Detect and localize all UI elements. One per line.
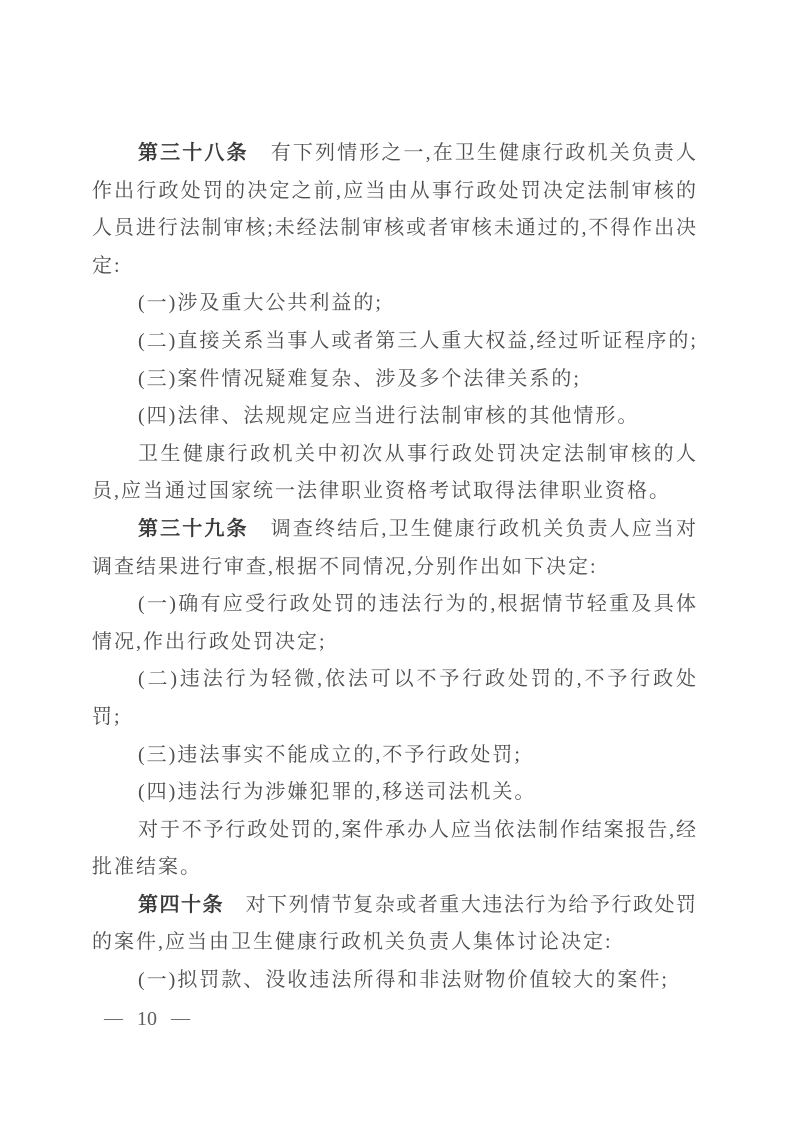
- footer-dash-left: —: [104, 1006, 123, 1032]
- article-39-item-4-line: (四)违法行为涉嫌犯罪的,移送司法机关。: [92, 774, 696, 812]
- article-38-item-1-line: (一)涉及重大公共利益的;: [92, 285, 696, 323]
- article-38-closing-line: 员,应当通过国家统一法律职业资格考试取得法律职业资格。: [92, 473, 696, 511]
- article-39-line: 调查结果进行审查,根据不同情况,分别作出如下决定:: [92, 549, 696, 587]
- article-38-line: 人员进行法制审核;未经法制审核或者审核未通过的,不得作出决: [92, 210, 696, 248]
- article-40-item-1-line: (一)拟罚款、没收违法所得和非法财物价值较大的案件;: [92, 962, 696, 1000]
- text-segment: 定:: [92, 255, 122, 277]
- article-39-line: 第三十九条 调查终结后,卫生健康行政机关负责人应当对: [92, 511, 696, 549]
- text-segment: 员,应当通过国家统一法律职业资格考试取得法律职业资格。: [92, 480, 671, 502]
- article-40-line: 的案件,应当由卫生健康行政机关负责人集体讨论决定:: [92, 924, 696, 962]
- article-40-line: 第四十条 对下列情节复杂或者重大违法行为给予行政处罚: [92, 887, 696, 925]
- article-39-item-1-line: 情况,作出行政处罚决定;: [92, 624, 696, 662]
- article-39-item-2-line: 罚;: [92, 699, 696, 737]
- text-segment: 有下列情形之一,在卫生健康行政机关负责人: [249, 142, 696, 164]
- text-segment: 对下列情节复杂或者重大违法行为给予行政处罚: [224, 894, 696, 916]
- article-39-closing-line: 对于不予行政处罚的,案件承办人应当依法制作结案报告,经: [92, 812, 696, 850]
- footer-dash-right: —: [171, 1006, 190, 1032]
- text-segment: 作出行政处罚的决定之前,应当由从事行政处罚决定法制审核的: [92, 180, 696, 202]
- article-38-line: 作出行政处罚的决定之前,应当由从事行政处罚决定法制审核的: [92, 173, 696, 211]
- text-segment: 罚;: [92, 706, 122, 728]
- document-page: 第三十八条 有下列情形之一,在卫生健康行政机关负责人作出行政处罚的决定之前,应当…: [0, 0, 793, 1121]
- article-38-line: 第三十八条 有下列情形之一,在卫生健康行政机关负责人: [92, 135, 696, 173]
- article-39-item-1-line: (一)确有应受行政处罚的违法行为的,根据情节轻重及具体: [92, 586, 696, 624]
- document-body: 第三十八条 有下列情形之一,在卫生健康行政机关负责人作出行政处罚的决定之前,应当…: [92, 135, 696, 1000]
- article-number-label: 第三十八条: [138, 142, 249, 164]
- article-38-item-2-line: (二)直接关系当事人或者第三人重大权益,经过听证程序的;: [92, 323, 696, 361]
- text-segment: (三)案件情况疑难复杂、涉及多个法律关系的;: [138, 368, 581, 390]
- text-segment: (二)直接关系当事人或者第三人重大权益,经过听证程序的;: [138, 330, 698, 352]
- text-segment: (四)违法行为涉嫌犯罪的,移送司法机关。: [138, 781, 536, 803]
- text-segment: (二)违法行为轻微,依法可以不予行政处罚的,不予行政处: [138, 668, 696, 690]
- article-number-label: 第四十条: [138, 894, 224, 916]
- text-segment: 的案件,应当由卫生健康行政机关负责人集体讨论决定:: [92, 931, 613, 953]
- article-39-item-3-line: (三)违法事实不能成立的,不予行政处罚;: [92, 737, 696, 775]
- article-number-label: 第三十九条: [138, 518, 249, 540]
- text-segment: 人员进行法制审核;未经法制审核或者审核未通过的,不得作出决: [92, 217, 696, 239]
- text-segment: (四)法律、法规规定应当进行法制审核的其他情形。: [138, 405, 639, 427]
- text-segment: (一)涉及重大公共利益的;: [138, 292, 383, 314]
- text-segment: (三)违法事实不能成立的,不予行政处罚;: [138, 744, 522, 766]
- article-38-line: 定:: [92, 248, 696, 286]
- article-38-closing-line: 卫生健康行政机关中初次从事行政处罚决定法制审核的人: [92, 436, 696, 474]
- text-segment: 调查结果进行审查,根据不同情况,分别作出如下决定:: [92, 556, 598, 578]
- text-segment: (一)拟罚款、没收违法所得和非法财物价值较大的案件;: [138, 969, 669, 991]
- page-footer: — 10 —: [104, 1006, 190, 1032]
- text-segment: 对于不予行政处罚的,案件承办人应当依法制作结案报告,经: [138, 819, 696, 841]
- page-number: 10: [137, 1006, 157, 1032]
- text-segment: 情况,作出行政处罚决定;: [92, 631, 327, 653]
- article-39-item-2-line: (二)违法行为轻微,依法可以不予行政处罚的,不予行政处: [92, 661, 696, 699]
- text-segment: 调查终结后,卫生健康行政机关负责人应当对: [249, 518, 696, 540]
- text-segment: (一)确有应受行政处罚的违法行为的,根据情节轻重及具体: [138, 593, 696, 615]
- text-segment: 卫生健康行政机关中初次从事行政处罚决定法制审核的人: [138, 443, 696, 465]
- article-38-item-3-line: (三)案件情况疑难复杂、涉及多个法律关系的;: [92, 361, 696, 399]
- article-38-item-4-line: (四)法律、法规规定应当进行法制审核的其他情形。: [92, 398, 696, 436]
- text-segment: 批准结案。: [92, 856, 202, 878]
- article-39-closing-line: 批准结案。: [92, 849, 696, 887]
